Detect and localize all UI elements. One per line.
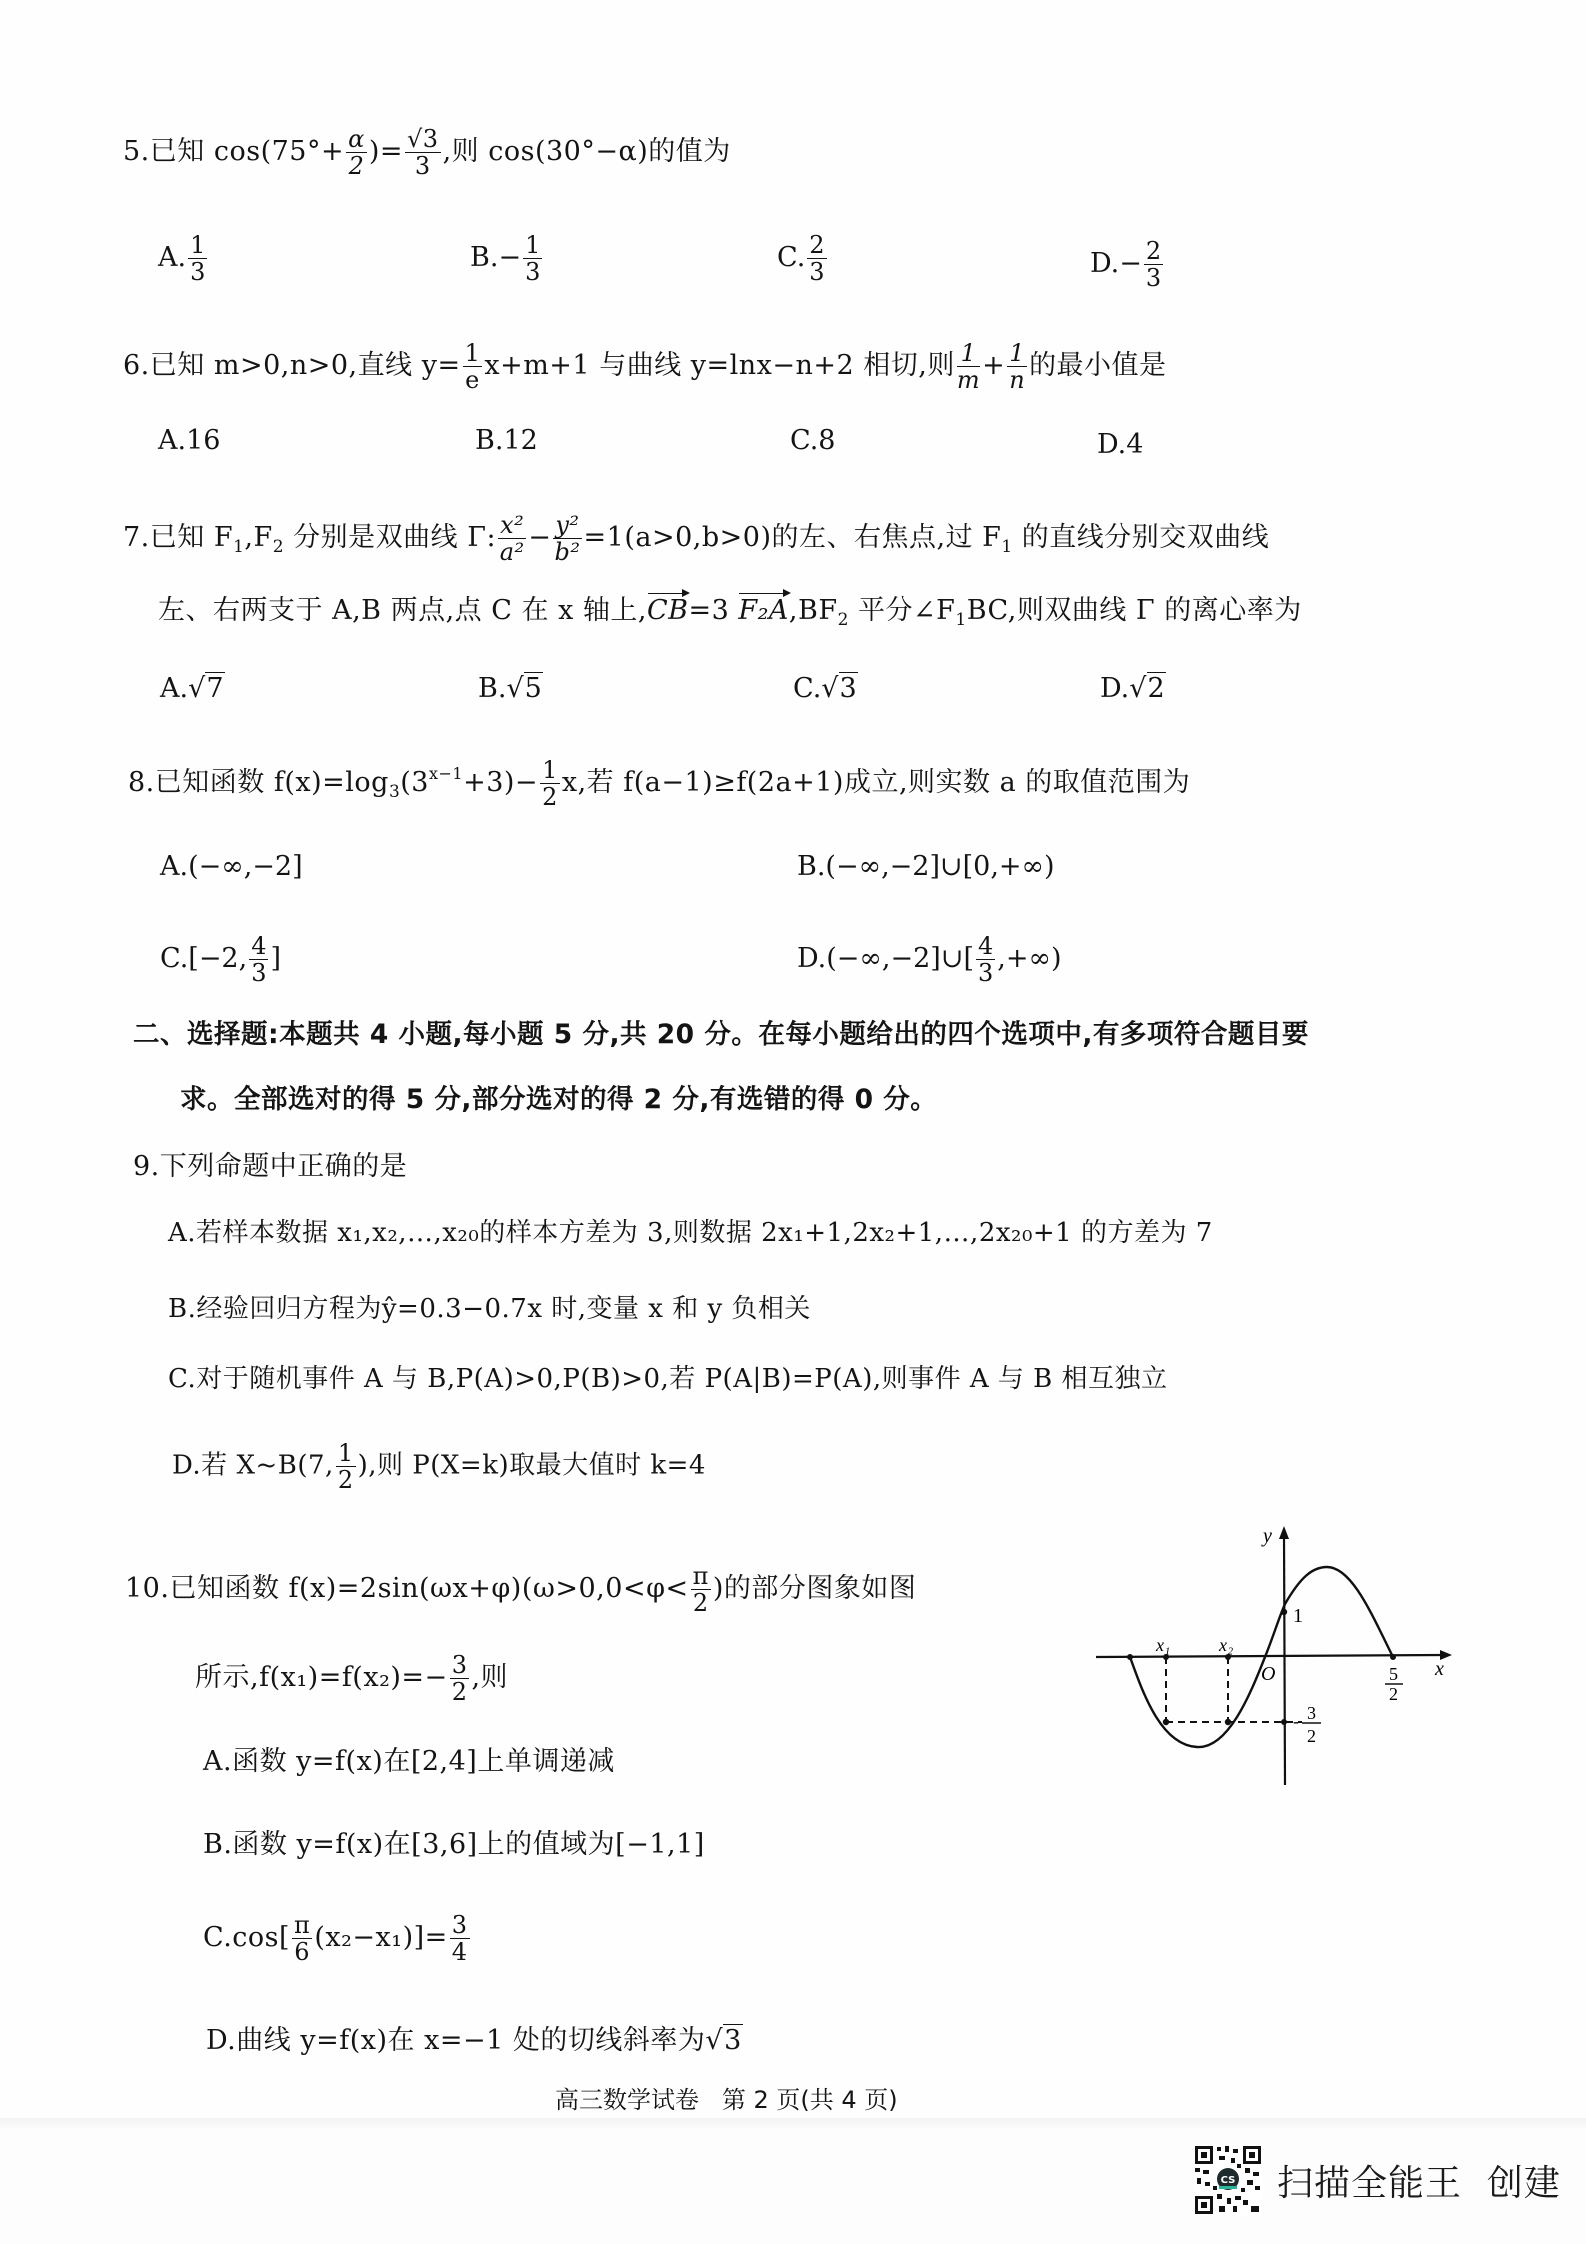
q7-option-a: A.√7 xyxy=(160,672,225,706)
q6-stem: 6.已知 m>0,n>0,直线 y=1ex+m+1 与曲线 y=lnx−n+2 … xyxy=(123,340,1167,393)
q10-option-d: D.曲线 y=f(x)在 x=−1 处的切线斜率为√3 xyxy=(206,2024,743,2058)
scanner-watermark-text: 扫描全能王 创建 xyxy=(1277,2155,1561,2206)
q8-option-b: B.(−∞,−2]∪[0,+∞) xyxy=(797,850,1055,884)
svg-text:CS: CS xyxy=(1221,2175,1236,2186)
q6-option-d: D.4 xyxy=(1097,428,1143,462)
q10-stem-line1: 10.已知函数 f(x)=2sin(ωx+φ)(ω>0,0<φ<π2)的部分图象… xyxy=(125,1563,916,1616)
y-tick-sign: - xyxy=(1293,1711,1299,1731)
y-axis-arrow-icon xyxy=(1279,1526,1289,1539)
sine-graph-figure: y x O 1 x₁ x₂ 5 2 - 3 2 xyxy=(1090,1520,1470,1810)
y-tick-num: 3 xyxy=(1307,1703,1316,1723)
q5-option-a: A.13 xyxy=(158,232,209,285)
page-footer: 高三数学试卷 第 2 页(共 4 页) xyxy=(555,2080,898,2115)
q5-number: 5. xyxy=(123,136,150,167)
page-edge xyxy=(0,2118,1586,2128)
q9-option-c: C.对于随机事件 A 与 B,P(A)>0,P(B)>0,若 P(A|B)=P(… xyxy=(168,1362,1168,1396)
q5-eq: )= xyxy=(369,136,403,167)
x2-label: x₂ xyxy=(1218,1635,1233,1655)
section-2-instructions: 求。全部选对的得 5 分,部分选对的得 2 分,有选错的得 0 分。 xyxy=(180,1083,937,1117)
q5-option-c: C.23 xyxy=(777,232,829,285)
q7-option-d: D.√2 xyxy=(1100,672,1166,706)
q8-option-d: D.(−∞,−2]∪[43,+∞) xyxy=(797,933,1062,986)
y-tick-den: 2 xyxy=(1307,1726,1316,1746)
q8-option-a: A.(−∞,−2] xyxy=(160,850,303,884)
q5-frac-alpha: α2 xyxy=(346,126,367,179)
vector-f2a: F₂A xyxy=(738,594,789,628)
q5-text: 已知 xyxy=(150,136,205,167)
q5-suffix: ,则 cos(30°−α)的值为 xyxy=(443,136,731,167)
q10-option-a: A.函数 y=f(x)在[2,4]上单调递减 xyxy=(203,1745,615,1779)
q7-stem-line2: 左、右两支于 A,B 两点,点 C 在 x 轴上,CB=3 F₂A,BF2 平分… xyxy=(158,594,1302,637)
q5-expr: cos(75°+ xyxy=(214,136,344,167)
q10-option-b: B.函数 y=f(x)在[3,6]上的值域为[−1,1] xyxy=(203,1828,705,1862)
qr-code-icon: CS xyxy=(1193,2144,1263,2216)
q5-option-b: B.−13 xyxy=(470,232,544,285)
q9-stem: 9.下列命题中正确的是 xyxy=(133,1150,407,1184)
q10-stem-line2: 所示,f(x₁)=f(x₂)=−32,则 xyxy=(195,1652,508,1705)
section-2-header: 二、选择题:本题共 4 小题,每小题 5 分,共 20 分。在每小题给出的四个选… xyxy=(133,1018,1309,1052)
q5-option-d: D.−23 xyxy=(1090,238,1165,291)
x1-label: x₁ xyxy=(1155,1635,1170,1655)
q8-stem: 8.已知函数 f(x)=log3(3x−1+3)−12x,若 f(a−1)≥f(… xyxy=(128,757,1190,810)
q9-option-a: A.若样本数据 x₁,x₂,…,x₂₀的样本方差为 3,则数据 2x₁+1,2x… xyxy=(168,1216,1213,1250)
q9-option-d: D.若 X~B(7,12),则 P(X=k)取最大值时 k=4 xyxy=(172,1440,706,1493)
q6-option-b: B.12 xyxy=(475,424,538,458)
y-value-1-label: 1 xyxy=(1293,1605,1303,1627)
q9-option-b: B.经验回归方程为ŷ=0.3−0.7x 时,变量 x 和 y 负相关 xyxy=(168,1292,811,1326)
y-axis-label: y xyxy=(1261,1525,1272,1547)
y-axis xyxy=(1284,1534,1285,1785)
q6-option-a: A.16 xyxy=(158,424,220,458)
q7-option-c: C.√3 xyxy=(793,672,858,706)
vector-cb: CB xyxy=(647,594,689,628)
q5-frac-rhs: √33 xyxy=(405,126,441,179)
x-tick-num: 5 xyxy=(1389,1664,1398,1684)
q10-option-c: C.cos[π6(x₂−x₁)]=34 xyxy=(203,1912,472,1965)
q7-stem-line1: 7.已知 F1,F2 分别是双曲线 Γ:x²a²−y²b²=1(a>0,b>0)… xyxy=(123,512,1269,565)
q7-option-b: B.√5 xyxy=(478,672,543,706)
origin-label: O xyxy=(1261,1663,1275,1685)
x-axis-label: x xyxy=(1434,1658,1444,1680)
q5-stem: 5.已知 cos(75°+α2)=√33,则 cos(30°−α)的值为 xyxy=(123,126,731,179)
q8-option-c: C.[−2,43] xyxy=(160,933,281,986)
q6-option-c: C.8 xyxy=(790,424,835,458)
x-tick-den: 2 xyxy=(1389,1684,1398,1704)
